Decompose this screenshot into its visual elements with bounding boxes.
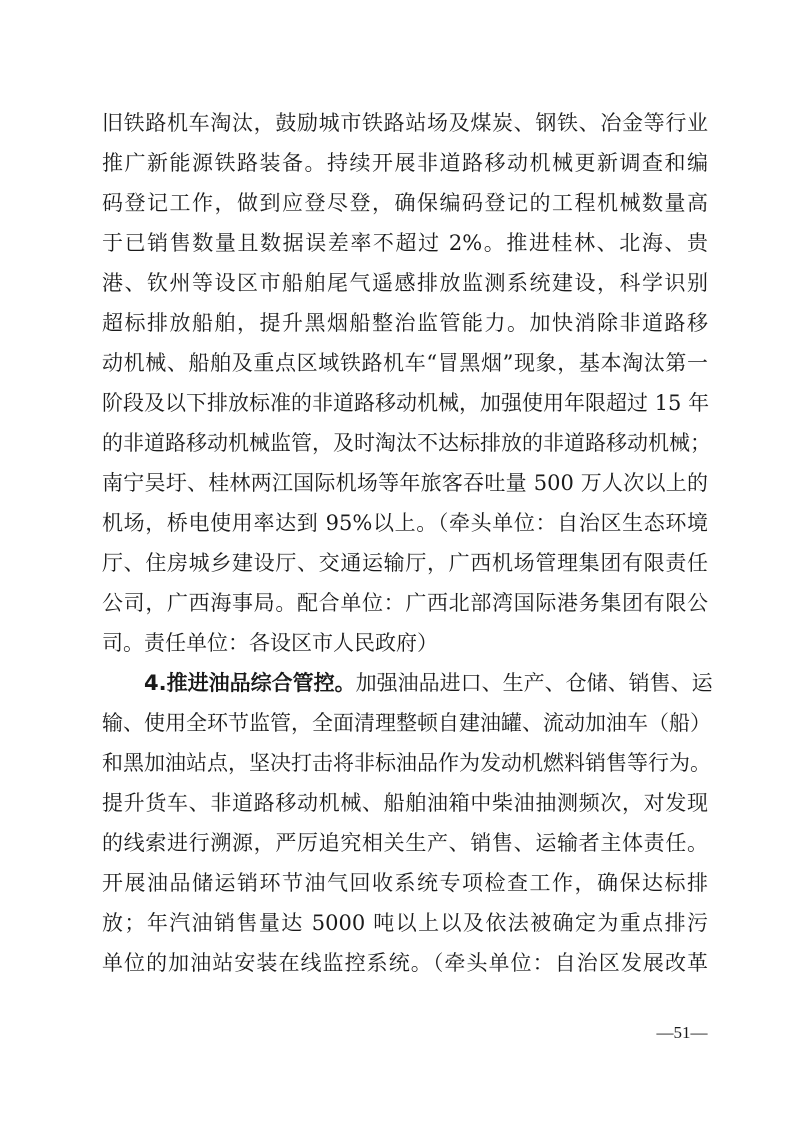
paragraph-oil-control: 4.推进油品综合管控。加强油品进口、生产、仓储、销售、运 输、使用全环节监管，全… bbox=[102, 663, 708, 983]
text-line: 南宁吴圩、桂林两江国际机场等年旅客吞吐量 500 万人次以上的 bbox=[102, 463, 708, 503]
text-line: 动机械、船舶及重点区域铁路机车“冒黑烟”现象，基本淘汰第一 bbox=[102, 343, 708, 383]
text-line: 开展油品储运销环节油气回收系统专项检查工作，确保达标排 bbox=[102, 863, 708, 903]
text-line: 于已销售数量且数据误差率不超过 2%。推进桂林、北海、贵 bbox=[102, 223, 708, 263]
text-line: 的非道路移动机械监管，及时淘汰不达标排放的非道路移动机械； bbox=[102, 423, 708, 463]
text-line: 公司，广西海事局。配合单位：广西北部湾国际港务集团有限公 bbox=[102, 583, 708, 623]
text-line: 输、使用全环节监管，全面清理整顿自建油罐、流动加油车（船） bbox=[102, 703, 708, 743]
text-line: 推广新能源铁路装备。持续开展非道路移动机械更新调查和编 bbox=[102, 143, 708, 183]
text-line: 阶段及以下排放标准的非道路移动机械，加强使用年限超过 15 年 bbox=[102, 383, 708, 423]
text-line: 厅、住房城乡建设厅、交通运输厅，广西机场管理集团有限责任 bbox=[102, 543, 708, 583]
text-line: 码登记工作，做到应登尽登，确保编码登记的工程机械数量高 bbox=[102, 183, 708, 223]
text-line: 港、钦州等设区市船舶尾气遥感排放监测系统建设，科学识别 bbox=[102, 263, 708, 303]
body-text: 旧铁路机车淘汰，鼓励城市铁路站场及煤炭、钢铁、冶金等行业 推广新能源铁路装备。持… bbox=[102, 103, 708, 983]
text-line: 放；年汽油销售量达 5000 吨以上以及依法被确定为重点排污 bbox=[102, 903, 708, 943]
text-line: 旧铁路机车淘汰，鼓励城市铁路站场及煤炭、钢铁、冶金等行业 bbox=[102, 103, 708, 143]
text-line: 和黑加油站点，坚决打击将非标油品作为发动机燃料销售等行为。 bbox=[102, 743, 708, 783]
heading-line-rest: 加强油品进口、生产、仓储、销售、运 bbox=[356, 671, 713, 695]
text-line: 的线索进行溯源，严厉追究相关生产、销售、运输者主体责任。 bbox=[102, 823, 708, 863]
text-line-with-heading: 4.推进油品综合管控。加强油品进口、生产、仓储、销售、运 bbox=[102, 663, 708, 703]
text-line: 司。责任单位：各设区市人民政府） bbox=[102, 623, 708, 663]
document-page: 旧铁路机车淘汰，鼓励城市铁路站场及煤炭、钢铁、冶金等行业 推广新能源铁路装备。持… bbox=[0, 0, 800, 1131]
text-line: 单位的加油站安装在线监控系统。（牵头单位：自治区发展改革 bbox=[102, 943, 708, 983]
section-heading: 4.推进油品综合管控。 bbox=[144, 671, 356, 695]
text-line: 提升货车、非道路移动机械、船舶油箱中柴油抽测频次，对发现 bbox=[102, 783, 708, 823]
paragraph-rail-emissions: 旧铁路机车淘汰，鼓励城市铁路站场及煤炭、钢铁、冶金等行业 推广新能源铁路装备。持… bbox=[102, 103, 708, 663]
text-line: 超标排放船舶，提升黑烟船整治监管能力。加快消除非道路移 bbox=[102, 303, 708, 343]
text-line: 机场，桥电使用率达到 95%以上。（牵头单位：自治区生态环境 bbox=[102, 503, 708, 543]
page-number: —51— bbox=[652, 1019, 712, 1047]
